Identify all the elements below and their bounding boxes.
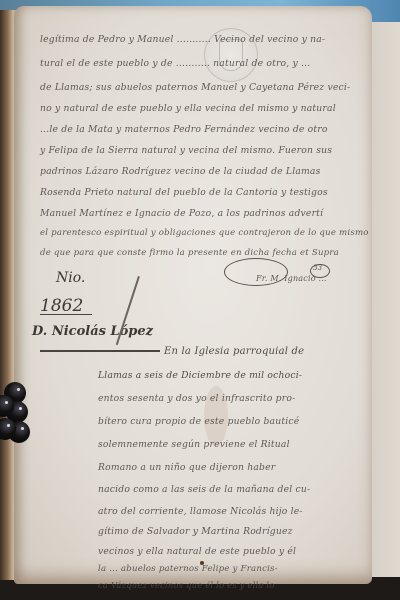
entry-line: ...le de la Mata y maternos Pedro Fernán… (40, 124, 328, 135)
entry-line: legítima de Pedro y Manuel ........... V… (40, 34, 325, 45)
entry-line: no y natural de este pueblo y ella vecin… (40, 103, 336, 114)
margin-label: Nio. (56, 270, 85, 286)
entry-line: de que para que conste firmo la presente… (40, 248, 339, 258)
entry-line: atro del corriente, llamose Nicolás hijo… (98, 506, 303, 517)
entry-line: Rosenda Prieto natural del pueblo de la … (40, 187, 328, 198)
year-underline (40, 314, 92, 315)
signature-rubric-flourish (224, 258, 288, 286)
entry-line: padrinos Lázaro Rodríguez vecino de la c… (40, 166, 321, 177)
flourish-number: 33 (313, 264, 322, 272)
entry-line: vecinos y ella natural de este pueblo y … (98, 546, 296, 557)
entry-line: bítero cura propio de este pueblo bautic… (98, 416, 299, 427)
entry-line: Manuel Martínez e Ignacio de Pozo, a los… (40, 208, 323, 219)
entry-line: ca Vázquez vecinos que él lo es y ella l… (98, 580, 275, 590)
entry-line: entos sesenta y dos yo el infrascrito pr… (98, 393, 295, 404)
entry-line: gítimo de Salvador y Martina Rodríguez (98, 526, 293, 537)
entry-line: solemnemente según previene el Ritual (98, 439, 290, 450)
margin-year: 1862 (40, 296, 83, 316)
name-underline (40, 350, 160, 352)
entry-line: el parentesco espiritual y obligaciones … (40, 228, 369, 238)
next-page-edge (368, 22, 400, 577)
manuscript-page: legítima de Pedro y Manuel ........... V… (14, 6, 372, 584)
entry-line: Llamas a seis de Diciembre de mil ochoci… (98, 370, 302, 381)
entry-line: de Llamas; sus abuelos paternos Manuel y… (40, 82, 350, 93)
entry-line: En la Iglesia parroquial de (164, 346, 304, 357)
entry-line: nacido como a las seis de la mañana del … (98, 484, 310, 495)
entry-line: tural el de este pueblo y de ...........… (40, 58, 310, 69)
entry-line: la ... abuelos paternos Felipe y Francis… (98, 564, 278, 574)
entry-line: Romano a un niño que dijeron haber (98, 462, 275, 473)
entry-line: y Felipa de la Sierra natural y vecina d… (40, 145, 332, 156)
margin-name: D. Nicolás López (32, 324, 153, 339)
